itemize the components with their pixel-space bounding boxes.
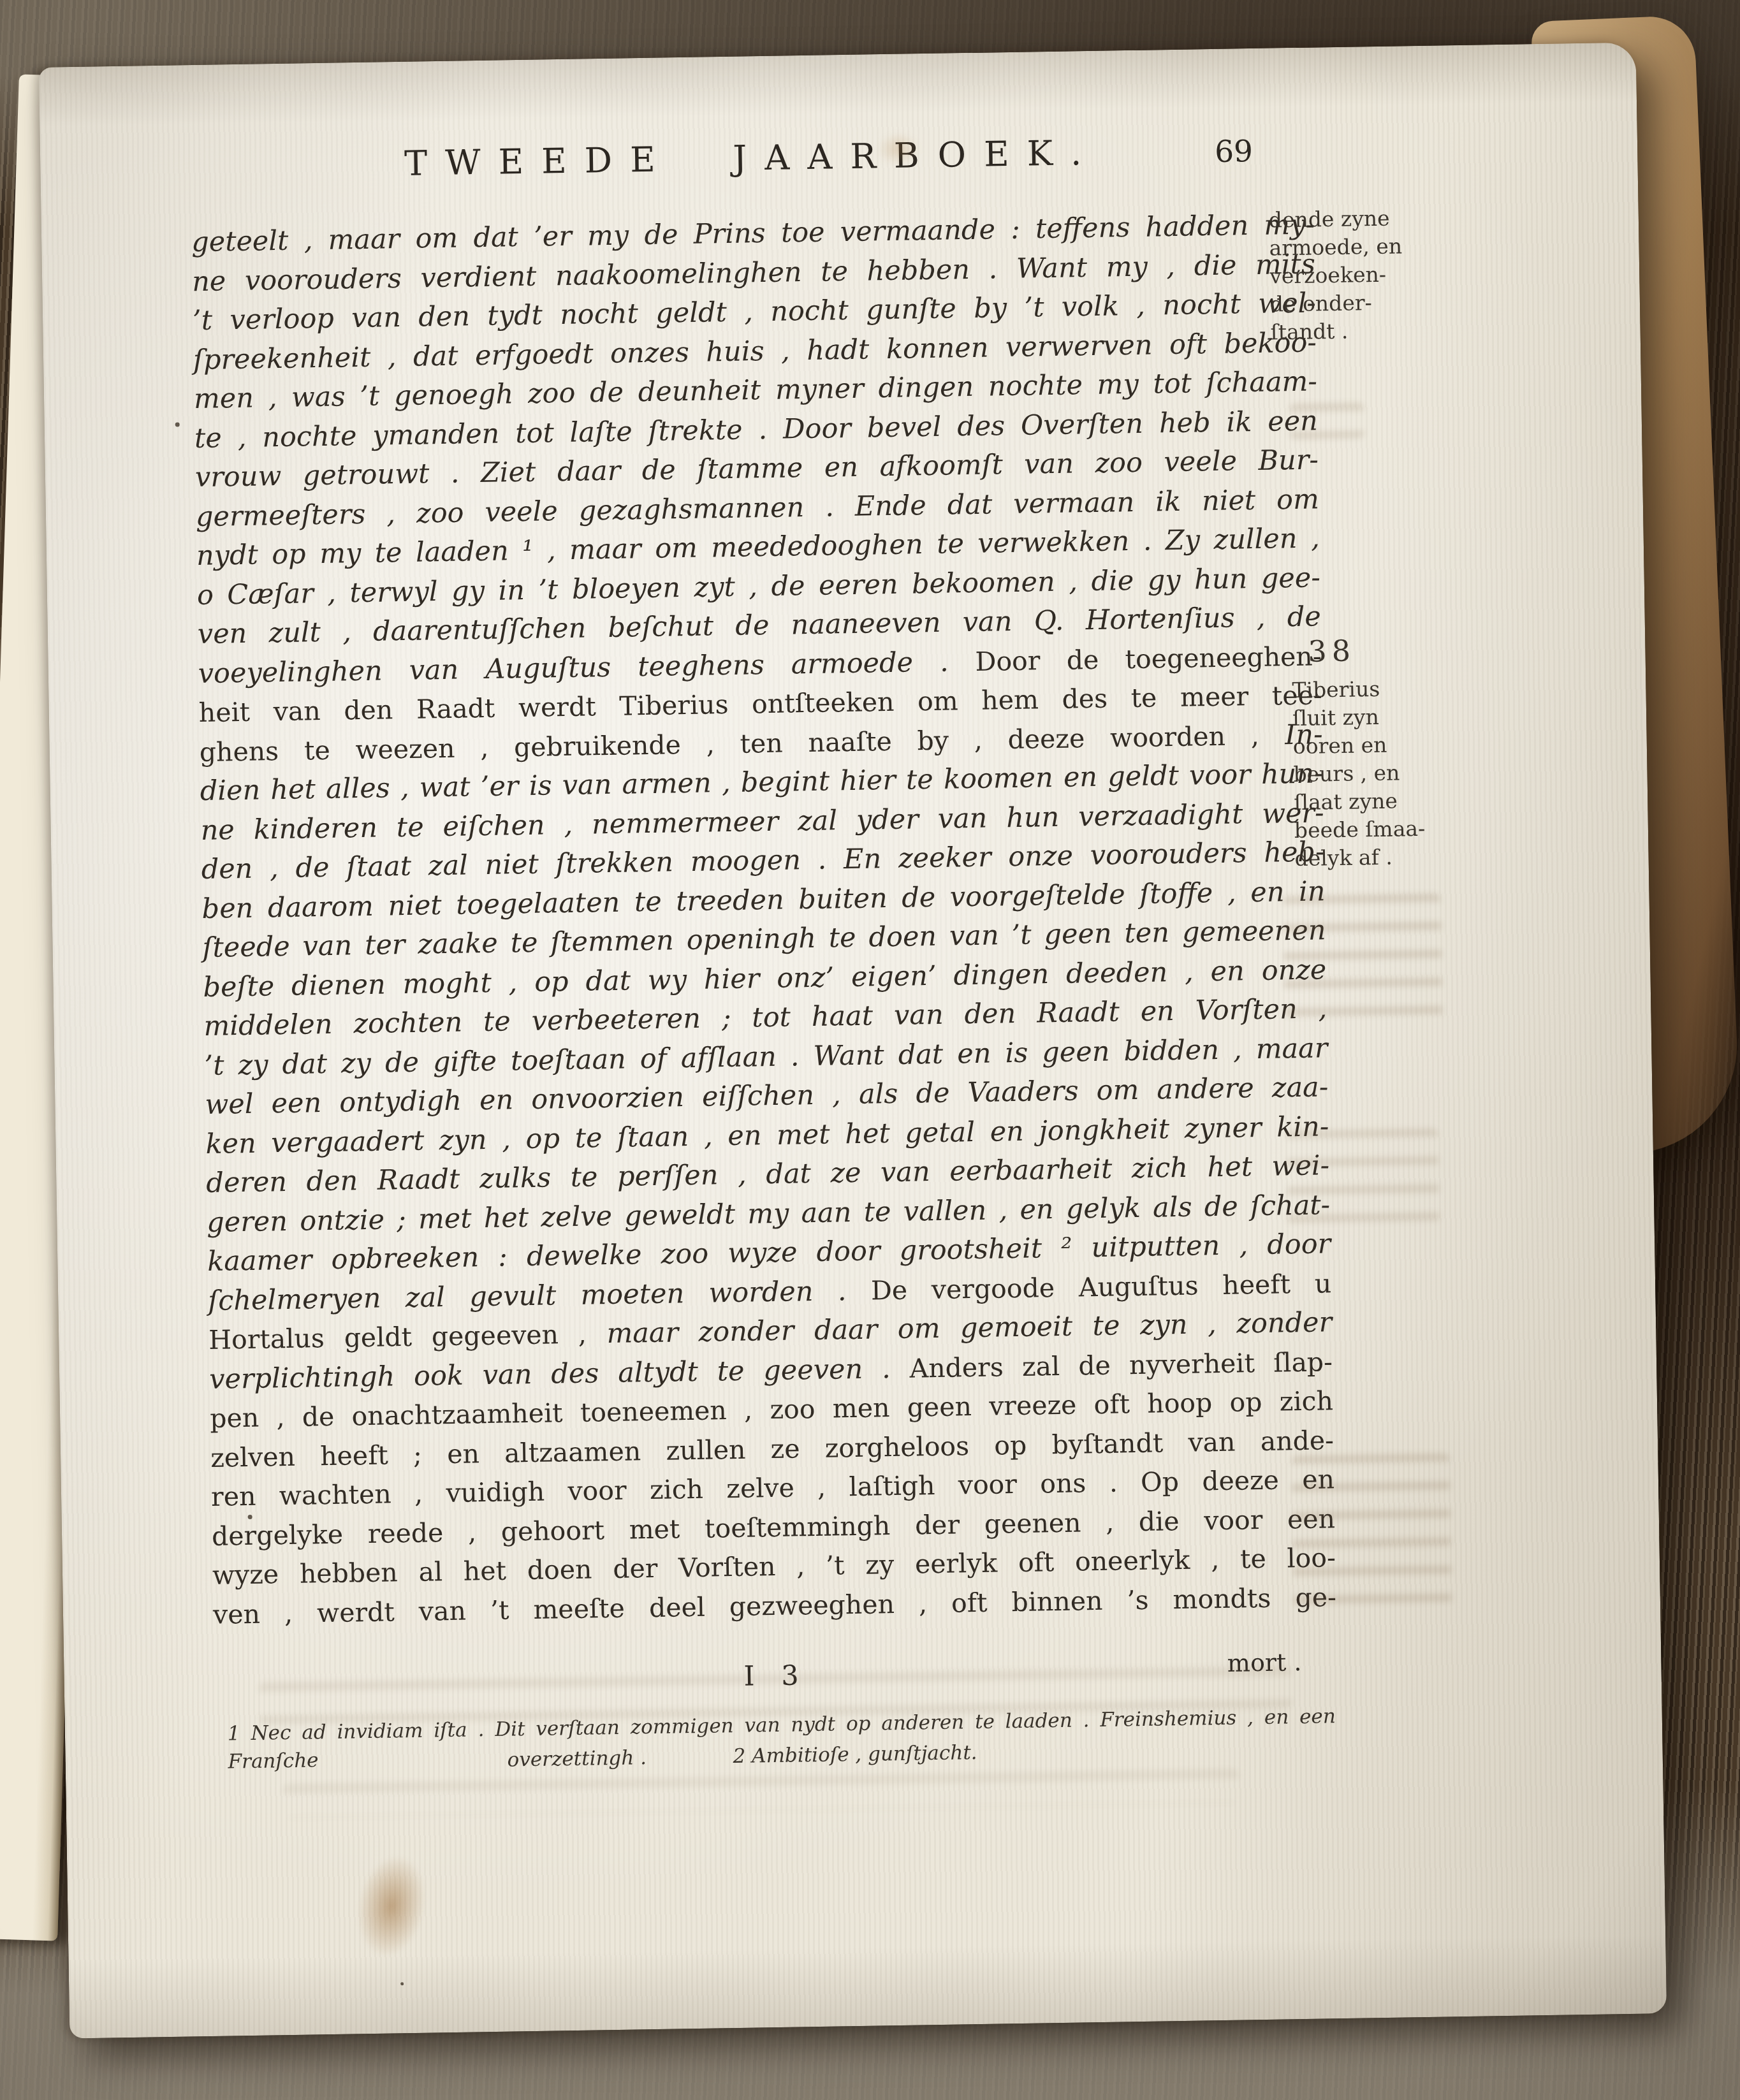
margin-note-line: ſtandt . (1270, 316, 1462, 347)
paper-stain (867, 125, 929, 173)
margin-note-line: armoede, en (1269, 231, 1461, 263)
footnote-2-continuation: overzettingh . (507, 1746, 647, 1771)
italic-segment: ſchelmeryen zal gevult moeten worden . (208, 1275, 847, 1317)
roman-segment: De vergoode Auguſtus heeft u (871, 1268, 1332, 1306)
margin-note-continuation: dende zynearmoede, enverzoeken-de onder-… (1269, 203, 1462, 347)
catchword: mort . (1227, 1648, 1302, 1677)
margin-note-line: Tiberius (1292, 673, 1484, 704)
margin-note-line: ſluit zyn (1292, 701, 1484, 733)
margin-section-number: 38 (1308, 631, 1483, 668)
margin-note-line: de onder- (1270, 288, 1462, 319)
running-title: TWEEDE JAARBOEK. (404, 133, 1100, 184)
footnote-2-text: 2 Ambitioſe , gunſtjacht. (733, 1741, 977, 1768)
margin-note-tiberius: Tiberiusſluit zynooren enbeurs , enſlaat… (1292, 673, 1486, 873)
book-photo: { "header": { "title": "TWEEDE JAARBOEK.… (0, 0, 1740, 2100)
italic-segment: maar zonder daar om gemoeit te zyn , zon… (606, 1306, 1332, 1350)
ink-speck (248, 1515, 252, 1519)
body-text: geteelt , maar om dat ’er my de Prins to… (191, 205, 1337, 1634)
ink-speck (175, 422, 180, 427)
margin-section: 38 Tiberiusſluit zynooren enbeurs , enſl… (1291, 631, 1486, 873)
roman-segment: Hortalus geldt gegeeven , (208, 1319, 587, 1355)
margin-note-line: beede ſmaa- (1294, 813, 1486, 845)
margin-note-line: verzoeken- (1269, 259, 1461, 291)
book-page: TWEEDE JAARBOEK. 69 geteelt , maar om da… (39, 43, 1667, 2039)
margin-note-line: ooren en (1293, 729, 1485, 761)
ink-speck (400, 1982, 404, 1985)
italic-segment: voeyelinghen van Auguſtus teeghens armoe… (198, 646, 949, 689)
paper-stain (328, 1839, 450, 2002)
italic-segment: verplichtingh ook van des altydt te geev… (209, 1353, 891, 1396)
margin-note-line: beurs , en (1293, 757, 1485, 789)
roman-segment: Anders zal de nyverheit ſlap- (909, 1346, 1333, 1383)
signature-mark: I 3 (743, 1659, 808, 1693)
margin-note-line: delyk af . (1294, 842, 1486, 873)
margin-note-line: dende zyne (1269, 203, 1461, 235)
page-header: TWEEDE JAARBOEK. (190, 129, 1314, 187)
page-number: 69 (1215, 134, 1254, 170)
roman-segment: Door de toegeneeghen- (975, 641, 1322, 677)
margin-note-line: ſlaat zyne (1294, 785, 1486, 817)
